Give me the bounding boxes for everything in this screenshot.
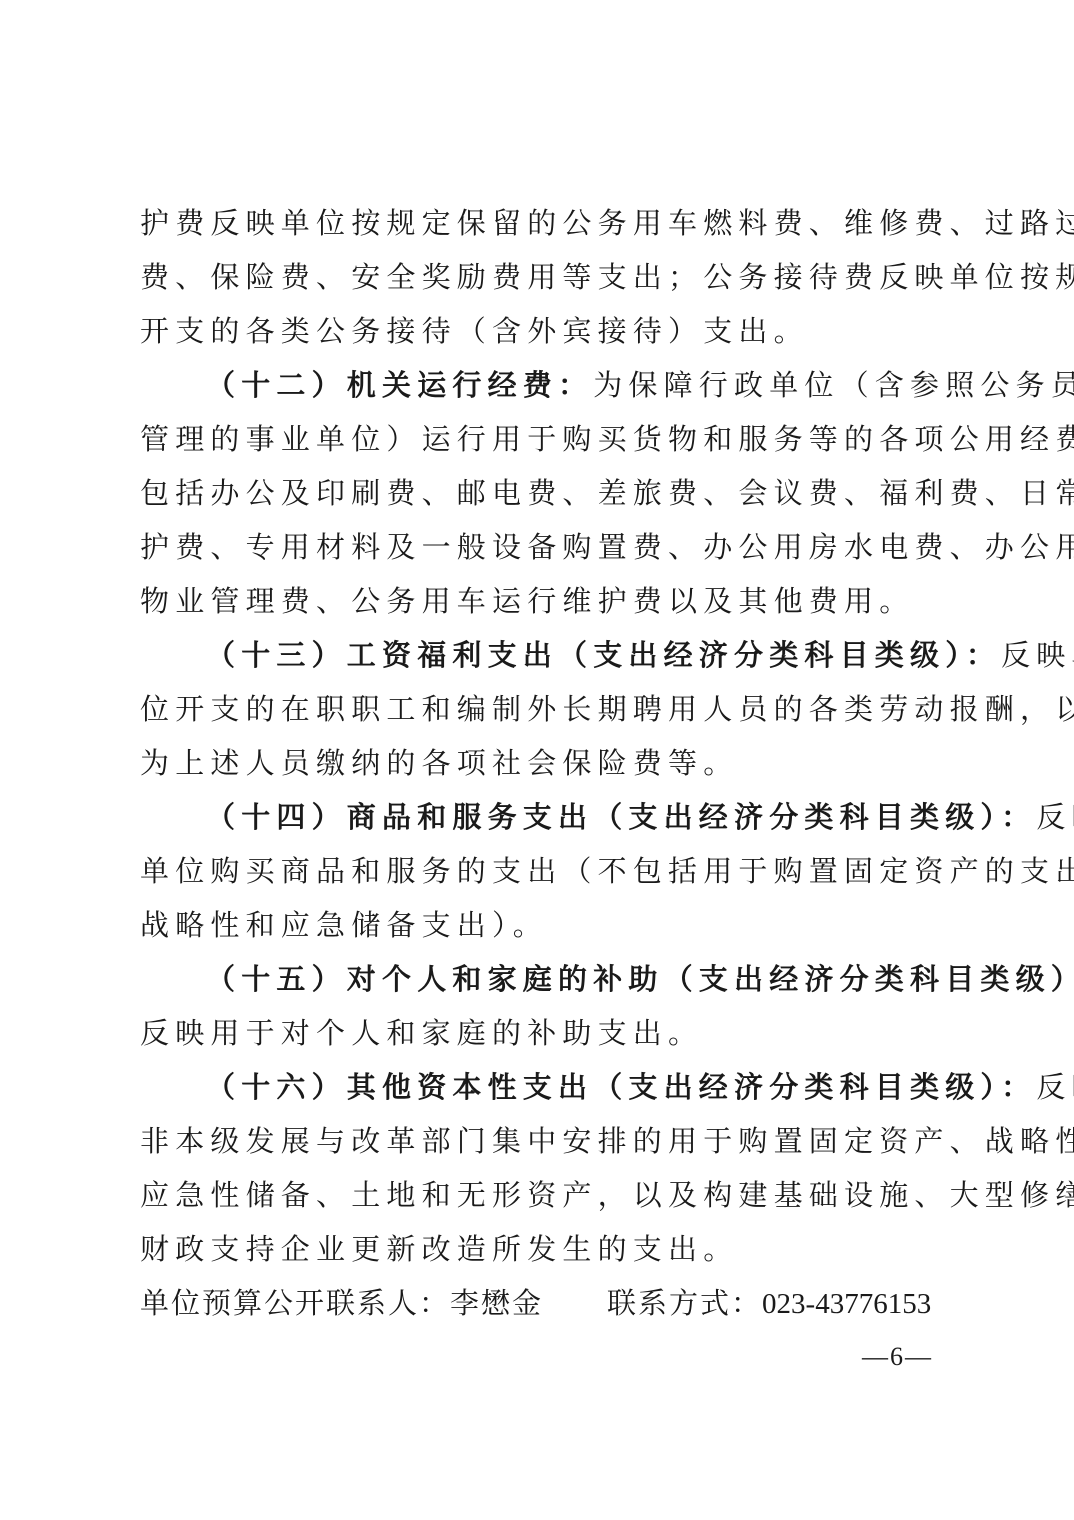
contact-line: 单位预算公开联系人：李懋金联系方式：023-43776153 (140, 1276, 940, 1330)
section-heading: （十六）其他资本性支出（支出经济分类科目类级）： (206, 1070, 1036, 1104)
text-line: 开支的各类公务接待（含外宾接待）支出。 (140, 304, 940, 358)
section-heading: （十四）商品和服务支出（支出经济分类科目类级）： (206, 800, 1036, 834)
text-line: 反映单 (1001, 638, 1074, 672)
paragraph-15-individual-family-subsidies: （十五）对个人和家庭的补助（支出经济分类科目类级）： 反映用于对个人和家庭的补助… (140, 952, 940, 1060)
text-line: 费、保险费、安全奖励费用等支出；公务接待费反映单位按规定 (140, 250, 940, 304)
document-page: 护费反映单位按规定保留的公务用车燃料费、维修费、过路过桥 费、保险费、安全奖励费… (140, 196, 940, 1330)
text-line: 反映用于对个人和家庭的补助支出。 (140, 1006, 940, 1060)
paragraph-14-goods-services: （十四）商品和服务支出（支出经济分类科目类级）：反映 单位购买商品和服务的支出（… (140, 790, 940, 952)
text-line: 管理的事业单位）运行用于购买货物和服务等的各项公用经费， (140, 412, 940, 466)
text-line: 包括办公及印刷费、邮电费、差旅费、会议费、福利费、日常维 (140, 466, 940, 520)
text-line: 护费反映单位按规定保留的公务用车燃料费、维修费、过路过桥 (140, 196, 940, 250)
paragraph-16-other-capital-expenditure: （十六）其他资本性支出（支出经济分类科目类级）：反映 非本级发展与改革部门集中安… (140, 1060, 940, 1276)
text-line: 单位购买商品和服务的支出（不包括用于购置固定资产的支出、 (140, 844, 940, 898)
text-line: 为保障行政单位（含参照公务员法 (593, 368, 1074, 402)
text-line: 财政支持企业更新改造所发生的支出。 (140, 1222, 940, 1276)
section-heading: （十五）对个人和家庭的补助（支出经济分类科目类级）： (206, 962, 1074, 996)
paragraph-12-agency-operating-funds: （十二）机关运行经费：为保障行政单位（含参照公务员法 管理的事业单位）运行用于购… (140, 358, 940, 628)
paragraph-13-wages-welfare: （十三）工资福利支出（支出经济分类科目类级）：反映单 位开支的在职职工和编制外长… (140, 628, 940, 790)
text-line: 物业管理费、公务用车运行维护费以及其他费用。 (140, 574, 940, 628)
section-heading: （十三）工资福利支出（支出经济分类科目类级）： (206, 638, 1001, 672)
text-line: 战略性和应急储备支出）。 (140, 898, 940, 952)
text-line: 应急性储备、土地和无形资产，以及构建基础设施、大型修缮和 (140, 1168, 940, 1222)
text-line: 反映 (1036, 800, 1074, 834)
contact-phone: 023-43776153 (762, 1288, 931, 1320)
text-line: 反映 (1036, 1070, 1074, 1104)
contact-person-label: 单位预算公开联系人： (140, 1286, 450, 1320)
paragraph-vehicle-reception-continued: 护费反映单位按规定保留的公务用车燃料费、维修费、过路过桥 费、保险费、安全奖励费… (140, 196, 940, 358)
contact-phone-label: 联系方式： (607, 1286, 762, 1320)
section-heading: （十二）机关运行经费： (206, 368, 593, 402)
text-line: 非本级发展与改革部门集中安排的用于购置固定资产、战略性和 (140, 1114, 940, 1168)
contact-person-name: 李懋金 (450, 1286, 543, 1320)
text-line: 为上述人员缴纳的各项社会保险费等。 (140, 736, 940, 790)
page-number: —6— (862, 1342, 933, 1372)
text-line: 位开支的在职职工和编制外长期聘用人员的各类劳动报酬，以及 (140, 682, 940, 736)
text-line: 护费、专用材料及一般设备购置费、办公用房水电费、办公用房 (140, 520, 940, 574)
